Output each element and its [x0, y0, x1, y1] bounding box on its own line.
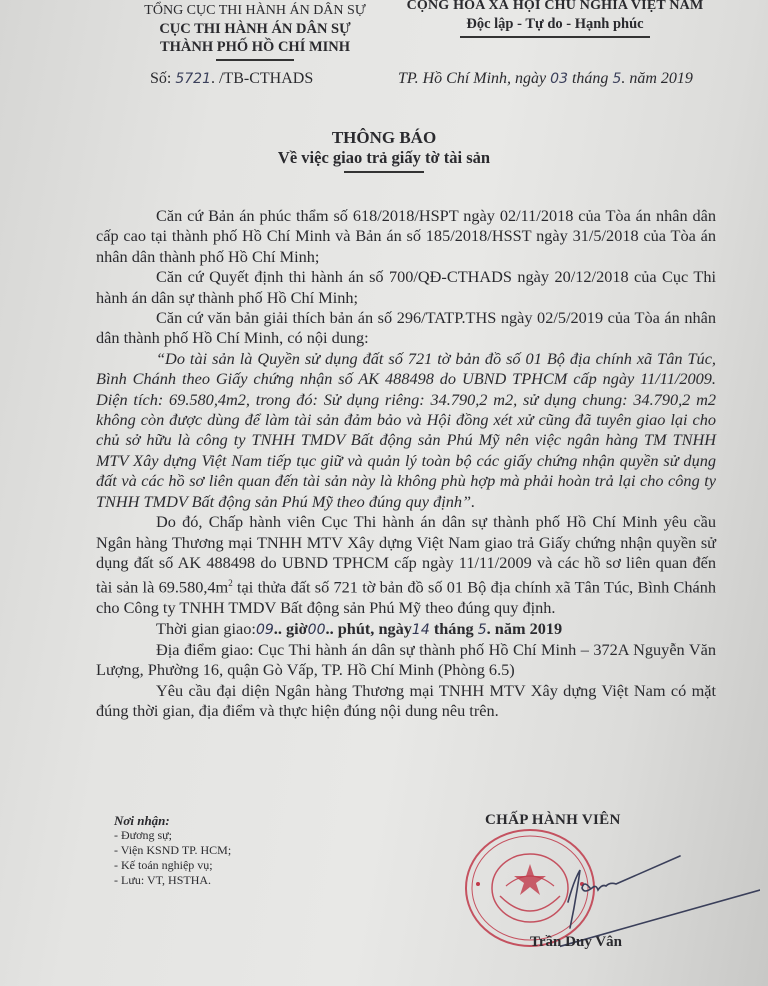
national-motto: Độc lập - Tự do - Hạnh phúc [380, 15, 730, 34]
date-month-label: tháng [568, 70, 612, 87]
handover-year: . năm 2019 [487, 619, 563, 638]
document-title: THÔNG BÁO [0, 128, 768, 148]
document-subtitle: Về việc giao trả giấy tờ tài sản [0, 148, 768, 168]
paragraph-request: Do đó, Chấp hành viên Cục Thi hành án dâ… [96, 512, 716, 618]
header-divider [216, 59, 294, 61]
recipients-heading: Nơi nhận: [114, 813, 231, 828]
handover-day: 14 [412, 622, 430, 638]
handover-minute: 00 [308, 622, 326, 638]
quoted-court-content: “Do tài sản là Quyền sử dụng đất số 721 … [96, 349, 716, 512]
handover-time: Thời gian giao:09.. giờ00.. phút, ngày14… [96, 619, 716, 640]
country-name: CỘNG HÒA XÃ HỘI CHỦ NGHĨA VIỆT NAM [380, 0, 730, 15]
document-title-block: THÔNG BÁO Về việc giao trả giấy tờ tài s… [0, 128, 768, 173]
hour-label: .. giờ [274, 619, 308, 638]
recipient-item: - Đương sự; [114, 828, 231, 843]
motto-divider [460, 36, 650, 38]
agency-line-2: CỤC THI HÀNH ÁN DÂN SỰ [95, 20, 415, 38]
minute-label: .. phút, ngày [326, 619, 412, 638]
recipient-item: - Kế toán nghiệp vụ; [114, 858, 231, 873]
handover-time-label: Thời gian giao: [156, 619, 256, 638]
handover-month: 5 [478, 622, 487, 638]
place-and-date: TP. Hồ Chí Minh, ngày 03 tháng 5. năm 20… [398, 70, 693, 88]
date-day: 03 [550, 71, 568, 87]
date-year: . năm 2019 [621, 70, 693, 87]
agency-line-3: THÀNH PHỐ HỒ CHÍ MINH [95, 38, 415, 56]
paragraph-appellate-judgment: Căn cứ Bản án phúc thẩm số 618/2018/HSPT… [96, 206, 716, 267]
recipient-item: - Lưu: VT, HSTHA. [114, 873, 231, 888]
document-number: Số: 5721. /TB-CTHADS [150, 70, 313, 88]
document-number-value: 5721 [175, 71, 211, 87]
document-body: Căn cứ Bản án phúc thẩm số 618/2018/HSPT… [96, 206, 716, 722]
handover-hour: 09 [256, 622, 274, 638]
handover-month-label: tháng [430, 619, 478, 638]
date-prefix: TP. Hồ Chí Minh, ngày [398, 70, 550, 87]
document-number-suffix: . /TB-CTHADS [211, 70, 313, 87]
paragraph-court-explanation: Căn cứ văn bản giải thích bản án số 296/… [96, 308, 716, 349]
document-page: TỔNG CỤC THI HÀNH ÁN DÂN SỰ CỤC THI HÀNH… [0, 0, 768, 986]
recipient-item: - Viện KSND TP. HCM; [114, 843, 231, 858]
issuing-agency-header: TỔNG CỤC THI HÀNH ÁN DÂN SỰ CỤC THI HÀNH… [95, 2, 415, 61]
document-number-label: Số: [150, 70, 175, 87]
national-motto-header: CỘNG HÒA XÃ HỘI CHỦ NGHĨA VIỆT NAM Độc l… [380, 0, 730, 38]
recipients-list: Nơi nhận: - Đương sự; - Viện KSND TP. HC… [114, 813, 231, 888]
paragraph-enforcement-decision: Căn cứ Quyết định thi hành án số 700/QĐ-… [96, 267, 716, 308]
agency-line-1: TỔNG CỤC THI HÀNH ÁN DÂN SỰ [95, 2, 415, 20]
handover-location: Địa điểm giao: Cục Thi hành án dân sự th… [96, 640, 716, 681]
signer-name: Trần Duy Vân [530, 934, 622, 951]
title-divider [344, 171, 424, 173]
paragraph-attendance-request: Yêu cầu đại diện Ngân hàng Thương mại TN… [96, 681, 716, 722]
